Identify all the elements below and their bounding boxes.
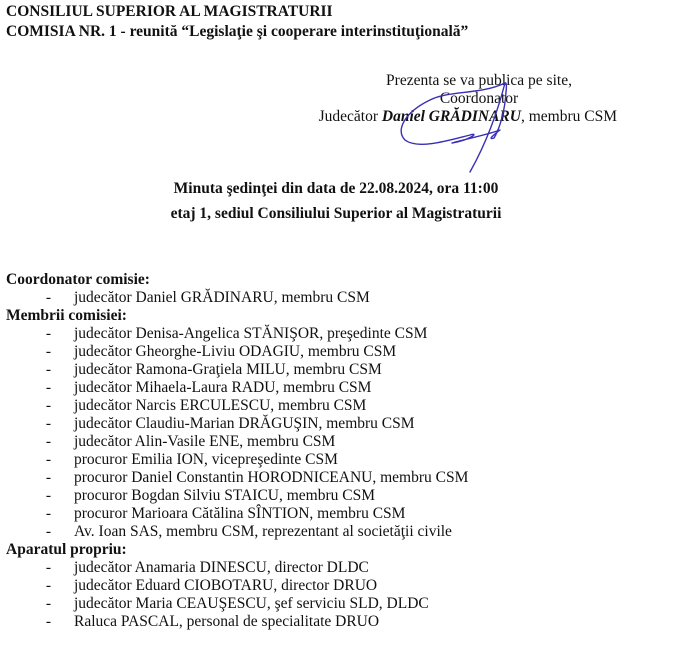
institution-name: CONSILIUL SUPERIOR AL MAGISTRATURII	[6, 3, 333, 21]
list-item: -judecător Mihaela-Laura RADU, membru CS…	[6, 379, 468, 397]
list-item: -judecător Daniel GRĂDINARU, membru CSM	[6, 289, 468, 307]
list-item: -judecător Denisa-Angelica STĂNIŞOR, pre…	[6, 325, 468, 343]
members-list: -judecător Denisa-Angelica STĂNIŞOR, pre…	[6, 325, 468, 541]
signatory-suffix: , membru CSM	[521, 108, 617, 125]
list-item-text: judecător Daniel GRĂDINARU, membru CSM	[74, 289, 370, 307]
approval-block: Prezenta se va publica pe site, Coordona…	[300, 72, 630, 126]
list-item-text: judecător Denisa-Angelica STĂNIŞOR, preş…	[74, 325, 427, 343]
commission-name: COMISIA NR. 1 - reunită “Legislaţie şi c…	[6, 23, 468, 41]
staff-section-title: Aparatul propriu:	[6, 541, 468, 559]
list-item-text: procuror Marioara Cătălina SÎNTION, memb…	[74, 505, 405, 523]
bullet-dash: -	[6, 595, 51, 613]
meeting-location: etaj 1, sediul Consiliului Superior al M…	[0, 205, 672, 223]
bullet-dash: -	[6, 415, 51, 433]
list-item: -judecător Narcis ERCULESCU, membru CSM	[6, 397, 468, 415]
bullet-dash: -	[6, 613, 51, 631]
bullet-dash: -	[6, 505, 51, 523]
list-item-text: judecător Claudiu-Marian DRĂGUŞIN, membr…	[74, 415, 415, 433]
list-item: -procuror Emilia ION, vicepreşedinte CSM	[6, 451, 468, 469]
list-item: -Av. Ioan SAS, membru CSM, reprezentant …	[6, 523, 468, 541]
bullet-dash: -	[6, 289, 51, 307]
coordinator-list: -judecător Daniel GRĂDINARU, membru CSM	[6, 289, 468, 307]
coordinator-signatory: Judecător Daniel GRĂDINARU, membru CSM	[300, 108, 630, 126]
bullet-dash: -	[6, 343, 51, 361]
list-item-text: judecător Eduard CIOBOTARU, director DRU…	[74, 577, 377, 595]
list-item: -Raluca PASCAL, personal de specialitate…	[6, 613, 468, 631]
publish-note: Prezenta se va publica pe site,	[300, 72, 630, 90]
list-item: -judecător Claudiu-Marian DRĂGUŞIN, memb…	[6, 415, 468, 433]
coordinator-section-title: Coordonator comisie:	[6, 271, 468, 289]
list-item: -procuror Daniel Constantin HORODNICEANU…	[6, 469, 468, 487]
list-item: -judecător Maria CEAUŞESCU, şef serviciu…	[6, 595, 468, 613]
bullet-dash: -	[6, 487, 51, 505]
list-item: -judecător Gheorghe-Liviu ODAGIU, membru…	[6, 343, 468, 361]
bullet-dash: -	[6, 433, 51, 451]
bullet-dash: -	[6, 469, 51, 487]
list-item: -procuror Bogdan Silviu STAICU, membru C…	[6, 487, 468, 505]
bullet-dash: -	[6, 361, 51, 379]
list-item-text: judecător Narcis ERCULESCU, membru CSM	[74, 397, 366, 415]
list-item-text: judecător Anamaria DINESCU, director DLD…	[74, 559, 369, 577]
list-item-text: judecător Alin-Vasile ENE, membru CSM	[74, 433, 335, 451]
list-item: -judecător Anamaria DINESCU, director DL…	[6, 559, 468, 577]
list-item-text: judecător Ramona-Graţiela MILU, membru C…	[74, 361, 382, 379]
list-item-text: judecător Maria CEAUŞESCU, şef serviciu …	[74, 595, 429, 613]
list-item-text: judecător Mihaela-Laura RADU, membru CSM	[74, 379, 371, 397]
signatory-name: Daniel GRĂDINARU	[382, 108, 521, 125]
list-item-text: procuror Emilia ION, vicepreşedinte CSM	[74, 451, 338, 469]
bullet-dash: -	[6, 559, 51, 577]
list-item: -judecător Ramona-Graţiela MILU, membru …	[6, 361, 468, 379]
signatory-title: Judecător	[319, 108, 382, 125]
coordinator-section: Coordonator comisie: -judecător Daniel G…	[6, 271, 468, 631]
coordinator-role: Coordonator	[300, 90, 630, 108]
members-section-title: Membrii comisiei:	[6, 307, 468, 325]
list-item: -procuror Marioara Cătălina SÎNTION, mem…	[6, 505, 468, 523]
bullet-dash: -	[6, 379, 51, 397]
list-item-text: Raluca PASCAL, personal de specialitate …	[74, 613, 379, 631]
bullet-dash: -	[6, 577, 51, 595]
bullet-dash: -	[6, 325, 51, 343]
bullet-dash: -	[6, 451, 51, 469]
staff-list: -judecător Anamaria DINESCU, director DL…	[6, 559, 468, 631]
list-item: -judecător Alin-Vasile ENE, membru CSM	[6, 433, 468, 451]
list-item-text: Av. Ioan SAS, membru CSM, reprezentant a…	[74, 523, 452, 541]
list-item: -judecător Eduard CIOBOTARU, director DR…	[6, 577, 468, 595]
meeting-title: Minuta şedinţei din data de 22.08.2024, …	[0, 180, 672, 198]
list-item-text: procuror Daniel Constantin HORODNICEANU,…	[74, 469, 468, 487]
bullet-dash: -	[6, 397, 51, 415]
list-item-text: judecător Gheorghe-Liviu ODAGIU, membru …	[74, 343, 396, 361]
bullet-dash: -	[6, 523, 51, 541]
list-item-text: procuror Bogdan Silviu STAICU, membru CS…	[74, 487, 375, 505]
